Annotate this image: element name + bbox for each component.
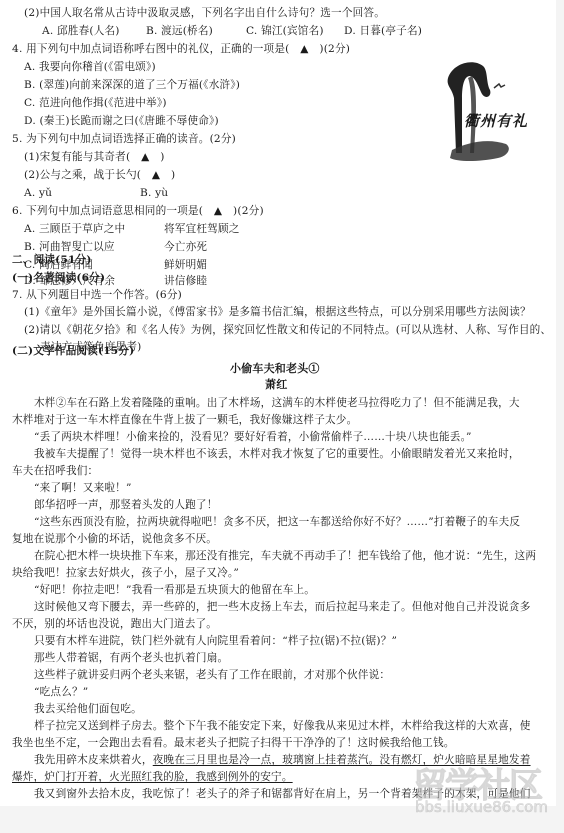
q3-option-b: B. 渡远(桥名) (146, 24, 213, 38)
article-line: 这时候他又弯下腰去，弄一些碎的，把一些木皮扬上车去，而后拉起马来走了。但他对他自… (34, 600, 531, 614)
article-line: 我被车夫提醒了！觉得一块木柈也不该丢，木柈对我才恢复了它的重要性。小偷眼睛发着光… (34, 447, 520, 461)
article-line: 柈子拉完又送到柈子房去。整个下午我不能安定下来，好像我从来见过木柈，木柈给我这样… (34, 719, 531, 733)
q6-d-right: 讲信修睦 (164, 274, 207, 288)
q5-item-2: (2)公与之乘，战于长勺( ▲ ) (24, 168, 175, 182)
article-line: “好吧！你拉走吧！”我看一看那是五块顶大的他留在车上。 (34, 583, 315, 597)
article-title: 小偷车夫和老头① (230, 362, 320, 376)
article-line: 郎华招呼一声，那竖着头发的人跑了！ (34, 498, 218, 512)
q5-item-1: (1)宋复有能与其奇者( ▲ ) (24, 150, 165, 164)
figure-caption: 衢州有礼 (464, 110, 528, 131)
article-line: 只要有木柈车进院，铁门栏外就有人向院里看着问：“柈子拉(锯)不拉(锯)？” (34, 634, 397, 648)
article-line: 在院心把木柈一块块推下车来，那还没有推完，车夫就不再动手了！把车钱给了他，他才说… (34, 549, 536, 563)
q6-a-left: A. 三顾臣于草庐之中 (24, 222, 125, 236)
q7-stem: 7. 从下列题目中选一个作答。(6分) (12, 288, 182, 302)
article-author: 萧红 (265, 378, 287, 392)
article-line: 不厌，别的坏话也没说，跑出大门道去了。 (12, 617, 217, 631)
q7-item-1: (1)《童年》是外国长篇小说，《傅雷家书》是多篇书信汇编，根据这些特点，可以分别… (24, 305, 531, 319)
exam-page: (2)中国人取名常从古诗中汲取灵感，下列名字出自什么诗句？选一个回答。 A. 邱… (0, 0, 556, 806)
q3-option-c: C. 锦江(宾馆名) (246, 24, 324, 38)
q4-stem: 4. 用下列句中加点词语称呼右图中的礼仪，正确的一项是( ▲ )(2分) (12, 42, 350, 56)
article-line: 车夫在招呼我们： (12, 464, 98, 478)
q5-option-b: B. yù (140, 186, 168, 200)
q6-stem: 6. 下列句中加点词语意思相同的一项是( ▲ )(2分) (12, 204, 264, 218)
q4-option-a: A. 我要向你稽首(《雷电颂》) (24, 60, 156, 74)
article-line: 块给我吧！拉家去好烘火，孩子小，屋子又冷。” (12, 566, 239, 580)
article-line: “这些东西顶没有脸，拉两块就得啦吧！贪多不厌，把这一车都送给你好不好？……”打着… (34, 515, 520, 529)
section-literature-heading: (二)文学作品阅读(15分) (12, 344, 134, 358)
q6-c-right: 鲜妍明媚 (164, 258, 207, 272)
article-line: 复地在说那个小偷的坏话，说他贪多不厌。 (12, 532, 217, 546)
q4-option-c: C. 范进向他作揖(《范进中举》) (24, 96, 167, 110)
article-line: 木柈堆对于这一车木柈直像在牛背上拔了一颗毛，我好像嫌这柈子太少。 (12, 413, 357, 427)
watermark-url: bbs.liuxue86.com (415, 798, 548, 816)
q7-item-2: (2)请以《朝花夕拾》和《名人传》为例，探究回忆性散文和传记的不同特点。(可以从… (24, 323, 551, 337)
q3-sub2: (2)中国人取名常从古诗中汲取灵感，下列名字出自什么诗句？选一个回答。 (24, 6, 385, 20)
q3-option-a: A. 邱胜春(人名) (42, 24, 120, 38)
underline-prefix: 我先用碎木皮来烘着火， (34, 754, 153, 766)
q3-option-d: D. 日暮(亭子名) (344, 24, 422, 38)
article-line: “吃点么？” (34, 685, 88, 699)
q6-b-right: 今亡亦死 (164, 240, 207, 254)
article-line: 木柈②车在石路上发着隆隆的重响。出了木柈场，这满车的木柈使老马拉得吃力了！但不能… (34, 396, 520, 410)
article-line: “丢了两块木柈哩！小偷来捡的，没看见？要好好看着，小偷常偷柈子……十块八块也能丢… (34, 430, 472, 444)
q6-a-right: 将军宜枉驾顾之 (164, 222, 240, 236)
article-line: 我去买给他们面包吃。 (34, 702, 142, 716)
article-line: “来了啊！又来啦！” (34, 481, 132, 495)
section-reading-heading: 二、阅读(51分) (12, 253, 92, 267)
article-line: 我坐也坐不定，一会跑出去看看。最末老头子把院子扫得干干净净的了！这时候我给他工钱… (12, 736, 455, 750)
q4-option-d: D. (秦王)长跪而谢之曰(《唐雎不辱使命》) (24, 114, 219, 128)
article-line: 这些柈子就讲妥归两个老头来锯，老头有了工作在眼前，才对那个伙伴说： (34, 668, 390, 682)
watermark: 留学社区 bbs.liuxue86.com (405, 758, 555, 828)
article-line: 那些人带着锯，有两个老头也扒着门扇。 (34, 651, 228, 665)
section-classics-heading: (一)名著阅读(6分) (12, 271, 105, 285)
q5-stem: 5. 为下列句中加点词语选择正确的读音。(2分) (12, 132, 236, 146)
q4-option-b: B. (翠莲)向前来深深的道了三个万福(《水浒》) (24, 78, 240, 92)
etiquette-illustration: 衢州有礼 (428, 58, 538, 168)
underlined-text: 爆炸，炉门打开着，火光照红我的脸，我感到例外的安宁。 (12, 770, 293, 784)
q5-option-a: A. yǔ (24, 186, 52, 200)
q6-b-left: B. 河曲智叟亡以应 (24, 240, 115, 254)
